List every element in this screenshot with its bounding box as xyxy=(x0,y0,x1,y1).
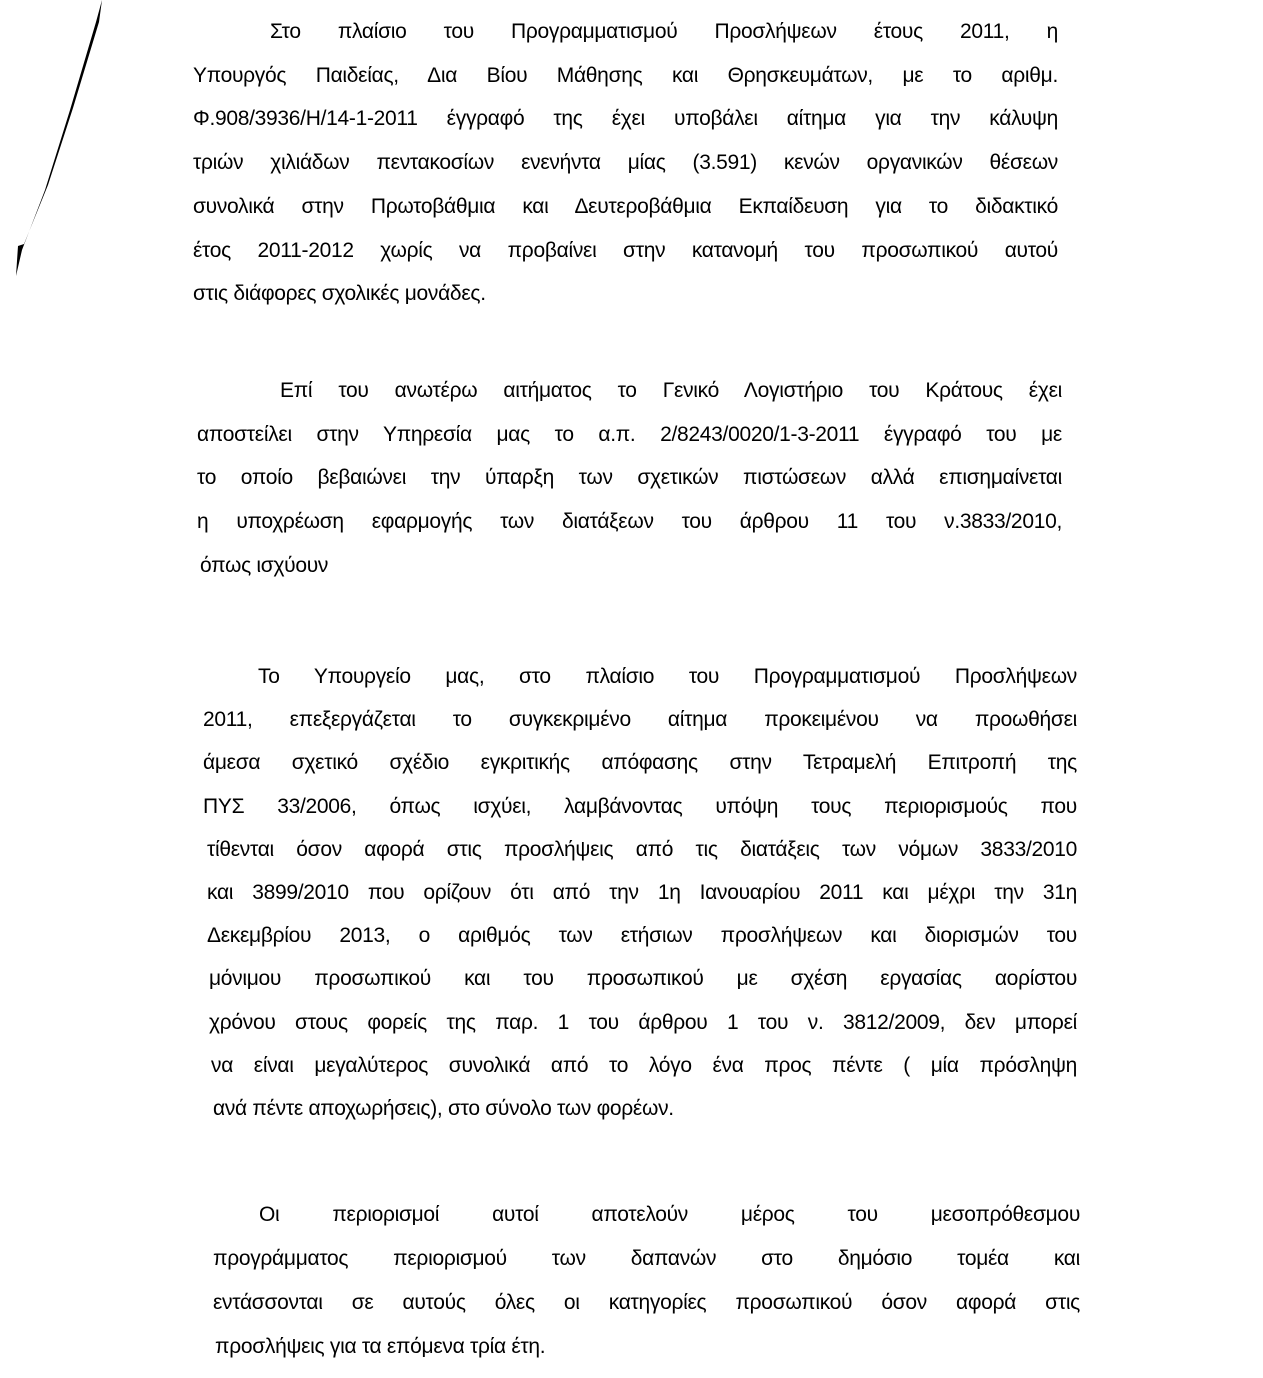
text-line: Φ.908/3936/Η/14-1-2011 έγγραφό της έχει … xyxy=(193,107,1058,131)
text-line: προγράμματος περιορισμού των δαπανών στο… xyxy=(213,1247,1080,1271)
text-line: Υπουργός Παιδείας, Δια Βίου Μάθησης και … xyxy=(193,64,1058,88)
text-line: εντάσσονται σε αυτούς όλες οι κατηγορίες… xyxy=(213,1291,1080,1315)
text-line: Στο πλαίσιο του Προγραμματισμού Προσλήψε… xyxy=(270,20,1058,44)
text-line: αποστείλει στην Υπηρεσία μας το α.π. 2/8… xyxy=(197,423,1062,447)
text-line: στις διάφορες σχολικές μονάδες. xyxy=(193,282,486,306)
text-line: τριών χιλιάδων πεντακοσίων ενενήντα μίας… xyxy=(193,151,1058,175)
text-line: προσλήψεις για τα επόμενα τρία έτη. xyxy=(215,1335,545,1359)
text-line: Το Υπουργείο μας, στο πλαίσιο του Προγρα… xyxy=(258,665,1077,689)
text-line: το οποίο βεβαιώνει την ύπαρξη των σχετικ… xyxy=(197,466,1062,490)
text-line: χρόνου στους φορείς της παρ. 1 του άρθρο… xyxy=(209,1011,1077,1035)
text-line: μόνιμου προσωπικού και του προσωπικού με… xyxy=(209,967,1077,991)
text-line: και 3899/2010 που ορίζουν ότι από την 1η… xyxy=(207,881,1077,905)
text-line: ανά πέντε αποχωρήσεις), στο σύνολο των φ… xyxy=(213,1097,674,1121)
text-line: 2011, επεξεργάζεται το συγκεκριμένο αίτη… xyxy=(203,708,1077,732)
text-line: Δεκεμβρίου 2013, ο αριθμός των ετήσιων π… xyxy=(207,924,1077,948)
text-line: να είναι μεγαλύτερος συνολικά από το λόγ… xyxy=(211,1054,1077,1078)
text-line: συνολικά στην Πρωτοβάθμια και Δευτεροβάθ… xyxy=(193,195,1058,219)
text-line: όπως ισχύουν xyxy=(200,554,328,578)
text-line: ΠΥΣ 33/2006, όπως ισχύει, λαμβάνοντας υπ… xyxy=(203,795,1077,819)
text-line: Οι περιορισμοί αυτοί αποτελούν μέρος του… xyxy=(259,1203,1080,1227)
pen-mark-annotation xyxy=(0,0,130,300)
text-line: τίθενται όσον αφορά στις προσλήψεις από … xyxy=(207,838,1077,862)
text-line: Επί του ανωτέρω αιτήματος το Γενικό Λογι… xyxy=(280,379,1062,403)
text-line: άμεσα σχετικό σχέδιο εγκριτικής απόφασης… xyxy=(203,751,1077,775)
text-line: έτος 2011-2012 χωρίς να προβαίνει στην κ… xyxy=(193,239,1058,263)
text-line: η υποχρέωση εφαρμογής των διατάξεων του … xyxy=(197,510,1062,534)
